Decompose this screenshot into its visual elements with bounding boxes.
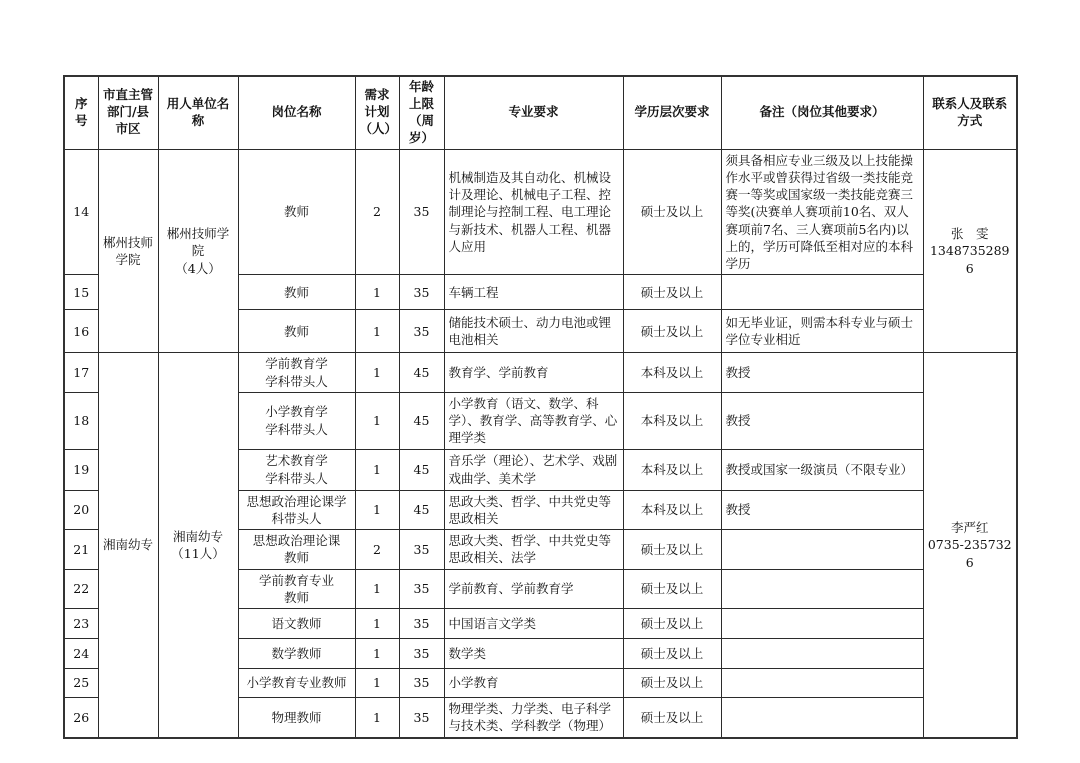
cell-count: 2: [355, 530, 399, 570]
cell-degree: 硕士及以上: [623, 569, 721, 609]
cell-count: 1: [355, 490, 399, 530]
cell-post: 思想政治理论课 教师: [238, 530, 355, 570]
cell-count: 1: [355, 639, 399, 669]
cell-age-limit: 35: [399, 530, 444, 570]
cell-count: 1: [355, 353, 399, 393]
cell-age-limit: 35: [399, 569, 444, 609]
cell-contact: 李严红0735-2357326: [923, 353, 1017, 738]
cell-employer: 湘南幼专（11人）: [158, 353, 238, 738]
header-post: 岗位名称: [238, 76, 355, 149]
cell-post: 小学教育专业教师: [238, 669, 355, 698]
cell-post: 小学教育学 学科带头人: [238, 392, 355, 449]
cell-count: 1: [355, 609, 399, 639]
header-major: 专业要求: [444, 76, 623, 149]
header-note: 备注（岗位其他要求）: [721, 76, 923, 149]
cell-department: 郴州技师学院: [98, 149, 158, 353]
contact-phone: 13487352896: [928, 242, 1013, 277]
cell-seq: 23: [64, 609, 98, 639]
cell-age-limit: 35: [399, 310, 444, 353]
cell-employer: 郴州技师学院（4人）: [158, 149, 238, 353]
cell-degree: 本科及以上: [623, 392, 721, 449]
cell-post: 艺术教育学 学科带头人: [238, 449, 355, 490]
cell-note: [721, 609, 923, 639]
cell-note: 教授或国家一级演员（不限专业）: [721, 449, 923, 490]
cell-note: 教授: [721, 392, 923, 449]
cell-note: 教授: [721, 353, 923, 393]
cell-degree: 本科及以上: [623, 449, 721, 490]
header-department: 市直主管部门/县市区: [98, 76, 158, 149]
cell-seq: 26: [64, 698, 98, 738]
cell-post: 物理教师: [238, 698, 355, 738]
cell-count: 2: [355, 149, 399, 275]
cell-count: 1: [355, 449, 399, 490]
cell-major: 思政大类、哲学、中共党史等思政相关: [444, 490, 623, 530]
cell-note: 如无毕业证，则需本科专业与硕士学位专业相近: [721, 310, 923, 353]
cell-major: 储能技术硕士、动力电池或锂电池相关: [444, 310, 623, 353]
cell-post: 教师: [238, 275, 355, 310]
cell-major: 音乐学（理论）、艺术学、戏剧戏曲学、美术学: [444, 449, 623, 490]
table-row: 14 郴州技师学院 郴州技师学院（4人） 教师 2 35 机械制造及其自动化、机…: [64, 149, 1017, 275]
cell-post: 思想政治理论课学科带头人: [238, 490, 355, 530]
cell-age-limit: 35: [399, 669, 444, 698]
cell-note: [721, 698, 923, 738]
cell-major: 小学教育: [444, 669, 623, 698]
cell-post: 教师: [238, 149, 355, 275]
cell-note: 须具备相应专业三级及以上技能操作水平或曾获得过省级一类技能竞赛一等奖或国家级一类…: [721, 149, 923, 275]
cell-note: [721, 569, 923, 609]
cell-major: 机械制造及其自动化、机械设计及理论、机械电子工程、控制理论与控制工程、电工理论与…: [444, 149, 623, 275]
cell-age-limit: 35: [399, 149, 444, 275]
cell-major: 车辆工程: [444, 275, 623, 310]
cell-seq: 21: [64, 530, 98, 570]
employer-name: 湘南幼专: [163, 528, 234, 545]
cell-degree: 硕士及以上: [623, 669, 721, 698]
cell-degree: 硕士及以上: [623, 609, 721, 639]
cell-seq: 20: [64, 490, 98, 530]
header-row: 序号 市直主管部门/县市区 用人单位名称 岗位名称 需求计划（人） 年龄上限（周…: [64, 76, 1017, 149]
cell-age-limit: 45: [399, 449, 444, 490]
cell-note: 教授: [721, 490, 923, 530]
cell-age-limit: 45: [399, 392, 444, 449]
contact-name: 李严红: [928, 519, 1013, 536]
employer-count: （11人）: [163, 545, 234, 562]
cell-seq: 22: [64, 569, 98, 609]
cell-note: [721, 275, 923, 310]
cell-major: 物理学类、力学类、电子科学与技术类、学科教学（物理）: [444, 698, 623, 738]
cell-count: 1: [355, 392, 399, 449]
cell-department: 湘南幼专: [98, 353, 158, 738]
cell-degree: 硕士及以上: [623, 530, 721, 570]
cell-note: [721, 669, 923, 698]
cell-seq: 14: [64, 149, 98, 275]
cell-seq: 18: [64, 392, 98, 449]
cell-seq: 15: [64, 275, 98, 310]
employer-name: 郴州技师学院: [163, 225, 234, 260]
header-contact: 联系人及联系方式: [923, 76, 1017, 149]
cell-degree: 本科及以上: [623, 490, 721, 530]
cell-post: 语文教师: [238, 609, 355, 639]
table-row: 17 湘南幼专 湘南幼专（11人） 学前教育学 学科带头人 1 45 教育学、学…: [64, 353, 1017, 393]
header-age-limit: 年龄上限（周岁）: [399, 76, 444, 149]
cell-post: 教师: [238, 310, 355, 353]
cell-post: 数学教师: [238, 639, 355, 669]
cell-degree: 硕士及以上: [623, 149, 721, 275]
cell-seq: 17: [64, 353, 98, 393]
cell-count: 1: [355, 698, 399, 738]
cell-post: 学前教育学 学科带头人: [238, 353, 355, 393]
cell-major: 小学教育（语文、数学、科学）、教育学、高等教育学、心理学类: [444, 392, 623, 449]
cell-major: 教育学、学前教育: [444, 353, 623, 393]
cell-note: [721, 530, 923, 570]
document-page: 序号 市直主管部门/县市区 用人单位名称 岗位名称 需求计划（人） 年龄上限（周…: [0, 0, 1080, 763]
header-employer: 用人单位名称: [158, 76, 238, 149]
cell-count: 1: [355, 310, 399, 353]
cell-seq: 24: [64, 639, 98, 669]
contact-name: 张 雯: [928, 225, 1013, 242]
cell-note: [721, 639, 923, 669]
header-degree: 学历层次要求: [623, 76, 721, 149]
cell-degree: 硕士及以上: [623, 698, 721, 738]
cell-degree: 硕士及以上: [623, 275, 721, 310]
cell-degree: 硕士及以上: [623, 639, 721, 669]
cell-major: 学前教育、学前教育学: [444, 569, 623, 609]
cell-count: 1: [355, 669, 399, 698]
recruitment-table: 序号 市直主管部门/县市区 用人单位名称 岗位名称 需求计划（人） 年龄上限（周…: [63, 75, 1018, 739]
cell-major: 中国语言文学类: [444, 609, 623, 639]
cell-degree: 本科及以上: [623, 353, 721, 393]
cell-major: 数学类: [444, 639, 623, 669]
contact-phone: 0735-2357326: [928, 536, 1013, 571]
cell-count: 1: [355, 569, 399, 609]
cell-age-limit: 35: [399, 275, 444, 310]
cell-degree: 硕士及以上: [623, 310, 721, 353]
cell-contact: 张 雯13487352896: [923, 149, 1017, 353]
cell-age-limit: 45: [399, 353, 444, 393]
header-count: 需求计划（人）: [355, 76, 399, 149]
cell-age-limit: 35: [399, 698, 444, 738]
header-seq: 序号: [64, 76, 98, 149]
cell-seq: 19: [64, 449, 98, 490]
cell-post: 学前教育专业 教师: [238, 569, 355, 609]
cell-age-limit: 35: [399, 639, 444, 669]
employer-count: （4人）: [163, 260, 234, 277]
cell-count: 1: [355, 275, 399, 310]
cell-age-limit: 45: [399, 490, 444, 530]
cell-seq: 16: [64, 310, 98, 353]
cell-age-limit: 35: [399, 609, 444, 639]
cell-seq: 25: [64, 669, 98, 698]
cell-major: 思政大类、哲学、中共党史等思政相关、法学: [444, 530, 623, 570]
